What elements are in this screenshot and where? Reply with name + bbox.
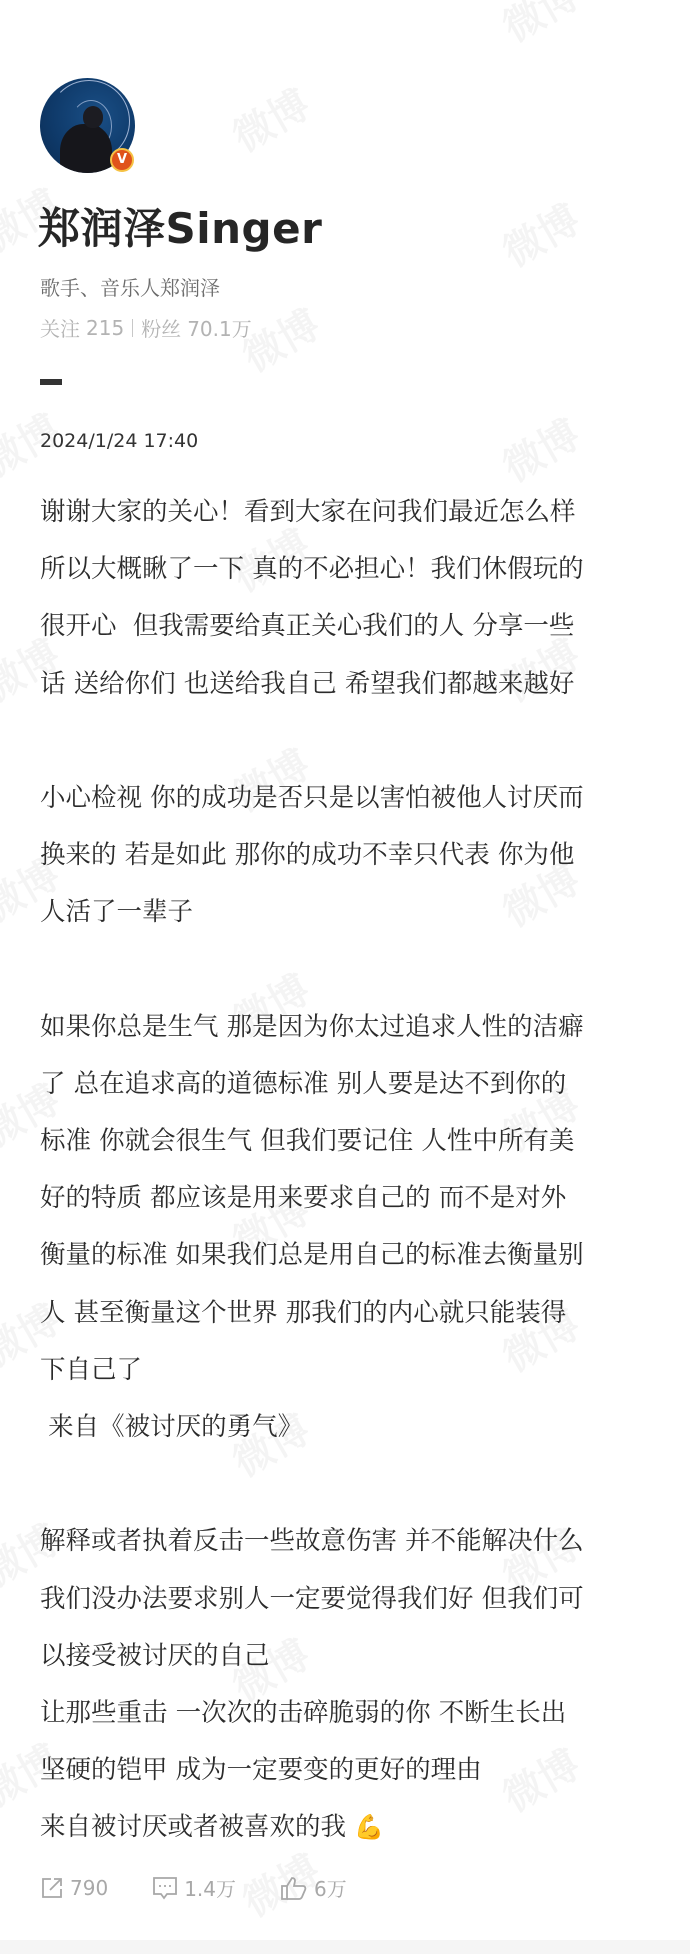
post-actions: 790 1.4万 6万 bbox=[40, 1873, 391, 1902]
like-count: 6万 bbox=[314, 1873, 347, 1902]
post-date: 2024/1/24 17:40 bbox=[40, 430, 198, 452]
avatar-person bbox=[60, 124, 112, 173]
comment-button[interactable]: 1.4万 bbox=[152, 1873, 236, 1902]
watermark: 微博 bbox=[491, 0, 589, 53]
post-line-text: 来自被讨厌或者被喜欢的我 bbox=[40, 1812, 354, 1842]
divider-dash bbox=[40, 379, 62, 385]
post-line: 我们没办法要求别人一定要觉得我们好 但我们可 bbox=[40, 1571, 660, 1628]
post-blank-line bbox=[40, 942, 660, 999]
divider bbox=[132, 319, 133, 337]
followers-label[interactable]: 粉丝 bbox=[141, 313, 181, 342]
post-quote-source: 来自《被讨厌的勇气》 bbox=[40, 1399, 660, 1456]
post-line: 如果你总是生气 那是因为你太过追求人性的洁癖 bbox=[40, 999, 660, 1056]
post-line: 了 总在追求高的道德标准 别人要是达不到你的 bbox=[40, 1056, 660, 1113]
post-line: 以接受被讨厌的自己 bbox=[40, 1628, 660, 1685]
profile-stats: 关注 215 粉丝 70.1万 bbox=[40, 313, 252, 342]
post-line: 标准 你就会很生气 但我们要记住 人性中所有美 bbox=[40, 1113, 660, 1170]
post-line: 让那些重击 一次次的击碎脆弱的你 不断生长出 bbox=[40, 1685, 660, 1742]
post-line: 解释或者执着反击一些故意伤害 并不能解决什么 bbox=[40, 1513, 660, 1570]
repost-icon bbox=[40, 1876, 64, 1900]
bottom-separator bbox=[0, 1940, 690, 1954]
post-line: 很开心 但我需要给真正关心我们的人 分享一些 bbox=[40, 598, 660, 655]
followers-count[interactable]: 70.1万 bbox=[187, 313, 252, 342]
post-line: 好的特质 都应该是用来要求自己的 而不是对外 bbox=[40, 1170, 660, 1227]
post-blank-line bbox=[40, 1456, 660, 1513]
verified-badge-icon: V bbox=[110, 148, 134, 172]
post-blank-line bbox=[40, 713, 660, 770]
post-line-last: 来自被讨厌或者被喜欢的我 💪 bbox=[40, 1799, 660, 1856]
following-label[interactable]: 关注 bbox=[40, 313, 80, 342]
post-line: 衡量的标准 如果我们总是用自己的标准去衡量别 bbox=[40, 1227, 660, 1284]
like-button[interactable]: 6万 bbox=[280, 1873, 347, 1902]
following-count[interactable]: 215 bbox=[86, 316, 124, 340]
avatar-person bbox=[83, 106, 103, 128]
flexed-biceps-emoji-icon: 💪 bbox=[354, 1799, 384, 1856]
thumbs-up-icon bbox=[280, 1875, 308, 1901]
post-line: 小心检视 你的成功是否只是以害怕被他人讨厌而 bbox=[40, 770, 660, 827]
profile-bio: 歌手、音乐人郑润泽 bbox=[40, 272, 220, 301]
repost-button[interactable]: 790 bbox=[40, 1876, 108, 1900]
watermark: 微博 bbox=[491, 189, 589, 278]
post-body: 谢谢大家的关心！看到大家在问我们最近怎么样 所以大概瞅了一下 真的不必担心！我们… bbox=[40, 484, 660, 1857]
comment-count: 1.4万 bbox=[184, 1873, 236, 1902]
post-line: 下自己了 bbox=[40, 1342, 660, 1399]
profile-name[interactable]: 郑润泽Singer bbox=[38, 196, 322, 256]
comment-icon bbox=[152, 1876, 178, 1900]
post-line: 坚硬的铠甲 成为一定要变的更好的理由 bbox=[40, 1742, 660, 1799]
post-line: 换来的 若是如此 那你的成功不幸只代表 你为他 bbox=[40, 827, 660, 884]
post-line: 所以大概瞅了一下 真的不必担心！我们休假玩的 bbox=[40, 541, 660, 598]
watermark: 微博 bbox=[221, 74, 319, 163]
repost-count: 790 bbox=[70, 1876, 108, 1900]
post-line: 人活了一辈子 bbox=[40, 884, 660, 941]
watermark: 微博 bbox=[491, 404, 589, 493]
post-line: 谢谢大家的关心！看到大家在问我们最近怎么样 bbox=[40, 484, 660, 541]
post-line: 话 送给你们 也送给我自己 希望我们都越来越好 bbox=[40, 656, 660, 713]
post-line: 人 甚至衡量这个世界 那我们的内心就只能装得 bbox=[40, 1285, 660, 1342]
